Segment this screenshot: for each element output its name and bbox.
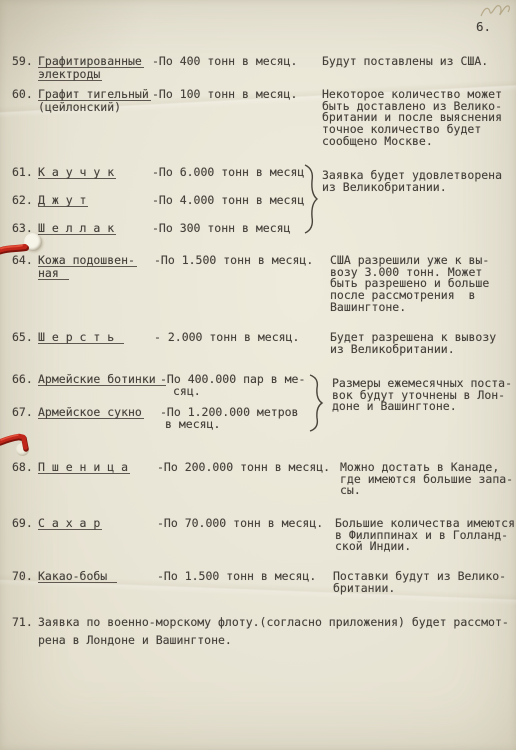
- item-note: Будет разрешена к вывозу из Великобритан…: [330, 332, 496, 355]
- item-name-line: (цейлонский): [38, 100, 121, 114]
- item-quantity: -По 100 тонн в месяц.: [152, 89, 297, 101]
- item-number: 60.: [12, 89, 33, 101]
- item-quantity: -По 70.000 тонн в месяц.: [157, 518, 323, 530]
- item-number: 70.: [12, 571, 33, 583]
- item-name: Армейское сукно: [38, 407, 144, 420]
- item-name: Ш е р с т ь: [38, 332, 124, 345]
- item-quantity: -По 400 тонн в месяц.: [152, 56, 297, 68]
- item-quantity: -По 1.200.000 метров в месяц.: [160, 407, 298, 430]
- item-name: К а у ч у к: [38, 167, 116, 180]
- item-number: 71.: [12, 614, 33, 632]
- item-name: Графитированные электроды: [38, 56, 144, 82]
- item-name-line: Ш е л л а к: [38, 223, 116, 235]
- brace-icon: [303, 164, 319, 234]
- item-name: Кожа подошвен- ная: [38, 255, 137, 281]
- pencil-mark: [478, 1, 514, 21]
- item-number: 64.: [12, 255, 33, 267]
- item-name-line: ная: [38, 268, 69, 280]
- item-note: Можно достать в Канаде, где имеются боль…: [340, 462, 513, 497]
- item-number: 62.: [12, 195, 33, 207]
- brace-icon: [308, 374, 324, 432]
- item-number: 65.: [12, 332, 33, 344]
- item-name: Графит тигельный (цейлонский): [38, 89, 151, 114]
- item-quantity: -По 200.000 тонн в месяц.: [157, 462, 330, 474]
- item-note: Будут поставлены из США.: [322, 56, 488, 68]
- item-name: Армейские ботинки: [38, 374, 166, 387]
- item-quantity: -По 4.000 тонн в месяц: [152, 195, 304, 207]
- item-note: США разрешили уже к вы- возу 3.000 тонн.…: [330, 255, 489, 314]
- item-name-line: П ш е н и ц а: [38, 462, 130, 474]
- item-name: П ш е н и ц а: [38, 462, 130, 475]
- item-name: С а х а р: [38, 518, 102, 531]
- item-name-line: электроды: [38, 69, 102, 81]
- item-number: 59.: [12, 56, 33, 68]
- item-name-line: Д ж у т: [38, 195, 88, 207]
- item-quantity: -По 400.000 пар в ме- сяц.: [160, 374, 305, 397]
- item-name-line: С а х а р: [38, 518, 102, 530]
- item-name-line: Армейское сукно: [38, 407, 144, 419]
- item-name-line: Какао-бобы: [38, 571, 117, 583]
- item-quantity: -По 300 тонн в месяц: [152, 223, 290, 235]
- item-name: Какао-бобы: [38, 571, 117, 584]
- item-number: 66.: [12, 374, 33, 386]
- document-page: 6. 59. Графитированные электроды -По 400…: [0, 0, 516, 750]
- group-note: Заявка будет удовлетворена из Великобрит…: [322, 170, 502, 193]
- item-number: 61.: [12, 167, 33, 179]
- item-name: Д ж у т: [38, 195, 88, 208]
- binding-thread-bottom: [0, 428, 40, 458]
- item-name-line: Ш е р с т ь: [38, 332, 124, 344]
- item-number: 68.: [12, 462, 33, 474]
- group-note: Размеры ежемесячных поста- вок будут уто…: [332, 378, 512, 413]
- item-number: 63.: [12, 223, 33, 235]
- item-note: Поставки будут из Велико- британии.: [333, 571, 506, 594]
- item-note: Некоторое количество может быть доставле…: [322, 89, 502, 148]
- item-note: Большие количества имеются в Филиппинах …: [335, 518, 515, 553]
- item-name-line: Армейские ботинки: [38, 374, 166, 386]
- item-number: 67.: [12, 407, 33, 419]
- item-name-line: К а у ч у к: [38, 167, 116, 179]
- item-quantity: -По 6.000 тонн в месяц: [152, 167, 304, 179]
- item-name: Ш е л л а к: [38, 223, 116, 236]
- item-number: 69.: [12, 518, 33, 530]
- item-quantity: -По 1.500 тонн в месяц.: [157, 571, 316, 583]
- item-text: Заявка по военно-морскому флоту.(согласн…: [38, 614, 509, 649]
- item-quantity: -По 1.500 тонн в месяц.: [154, 255, 313, 267]
- item-quantity: - 2.000 тонн в месяц.: [154, 332, 299, 344]
- page-number: 6.: [476, 21, 491, 33]
